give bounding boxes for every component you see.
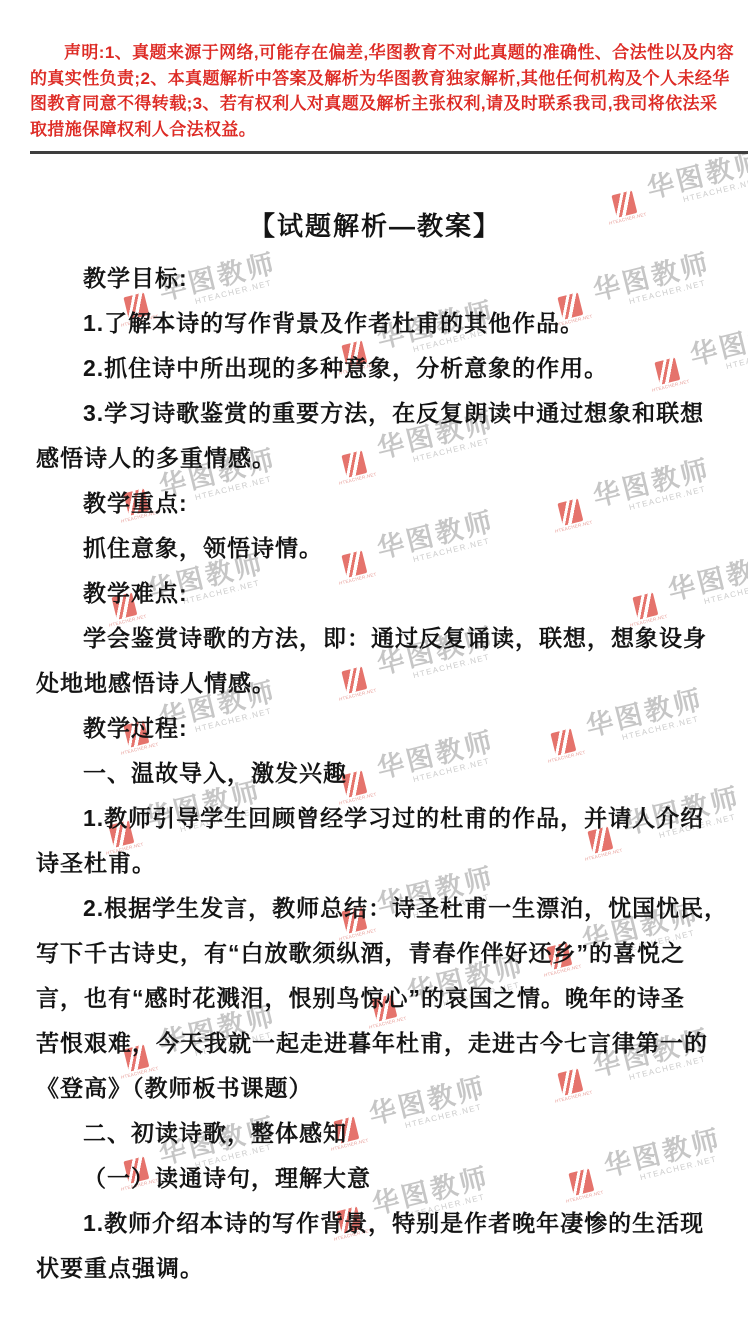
document-body: 【试题解析—教案】 教学目标:1.了解本诗的写作背景及作者杜甫的其他作品。2.抓…: [36, 196, 714, 1291]
paragraph-line: 教学重点:: [36, 481, 714, 526]
paragraph-line: （一）读通诗句，理解大意: [36, 1156, 714, 1201]
paragraph-line: 感悟诗人的多重情感。: [36, 436, 714, 481]
paragraph-line: 状要重点强调。: [36, 1246, 714, 1291]
paragraph-line: 苦恨艰难，今天我就一起走进暮年杜甫，走进古今七言律第一的: [36, 1021, 714, 1066]
paragraph-line: 教学目标:: [36, 256, 714, 301]
paragraph-line: 诗圣杜甫。: [36, 841, 714, 886]
paragraph-line: 1.教师介绍本诗的写作背景，特别是作者晚年凄惨的生活现: [36, 1201, 714, 1246]
disclaimer-line: 的真实性负责;2、本真题解析中答案及解析为华图教育独家解析,其他任何机构及个人未…: [30, 66, 720, 92]
document-page: HTEACHER.NET华图教师HTEACHER.NETHTEACHER.NET…: [0, 0, 748, 1335]
divider-line: [30, 151, 748, 154]
paragraphs: 教学目标:1.了解本诗的写作背景及作者杜甫的其他作品。2.抓住诗中所出现的多种意…: [36, 256, 714, 1291]
paragraph-line: 教学过程:: [36, 706, 714, 751]
disclaimer-line: 声明:1、真题来源于网络,可能存在偏差,华图教育不对此真题的准确性、合法性以及内…: [30, 40, 720, 66]
disclaimer-line: 图教育同意不得转载;3、若有权利人对真题及解析主张权利,请及时联系我司,我司将依…: [30, 91, 720, 117]
paragraph-line: 写下千古诗史，有“白放歌须纵酒，青春作伴好还乡”的喜悦之: [36, 931, 714, 976]
paragraph-line: 学会鉴赏诗歌的方法，即：通过反复诵读，联想，想象设身: [36, 616, 714, 661]
paragraph-line: 处地地感悟诗人情感。: [36, 661, 714, 706]
paragraph-line: 教学难点:: [36, 571, 714, 616]
page-title: 【试题解析—教案】: [36, 196, 714, 256]
paragraph-line: 一、温故导入，激发兴趣: [36, 751, 714, 796]
paragraph-line: 抓住意象，领悟诗情。: [36, 526, 714, 571]
disclaimer-line-text: 1、真题来源于网络,可能存在偏差,华图教育不对此真题的准确性、合法性以及内容: [105, 43, 734, 62]
paragraph-line: 1.了解本诗的写作背景及作者杜甫的其他作品。: [36, 301, 714, 346]
paragraph-line: 言，也有“感时花溅泪，恨别鸟惊心”的哀国之情。晚年的诗圣: [36, 976, 714, 1021]
paragraph-line: 《登高》（教师板书课题）: [36, 1066, 714, 1111]
watermark-site-text: HTEACHER.NET: [725, 341, 748, 371]
disclaimer-line: 取措施保障权利人合法权益。: [30, 117, 720, 143]
paragraph-line: 1.教师引导学生回顾曾经学习过的杜甫的作品，并请人介绍: [36, 796, 714, 841]
paragraph-line: 3.学习诗歌鉴赏的重要方法，在反复朗读中通过想象和联想: [36, 391, 714, 436]
paragraph-line: 2.根据学生发言，教师总结：诗圣杜甫一生漂泊，忧国忧民，: [36, 886, 714, 931]
paragraph-line: 2.抓住诗中所出现的多种意象，分析意象的作用。: [36, 346, 714, 391]
disclaimer-label: 声明:: [64, 43, 105, 62]
paragraph-line: 二、初读诗歌，整体感知: [36, 1111, 714, 1156]
disclaimer: 声明:1、真题来源于网络,可能存在偏差,华图教育不对此真题的准确性、合法性以及内…: [30, 40, 720, 142]
